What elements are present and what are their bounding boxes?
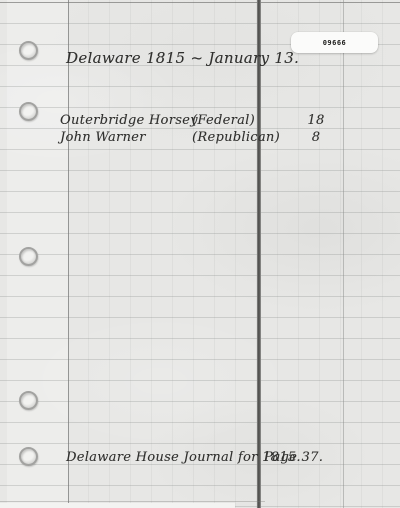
candidate-party: (Federal)	[192, 113, 255, 128]
paper-bottom-edge	[0, 503, 235, 508]
catalog-sticker: 09666	[291, 32, 378, 53]
punch-hole-icon	[19, 247, 38, 266]
citation-row: Delaware House Journal for 1815. Page 37…	[0, 450, 400, 470]
scanned-ledger-page: 09666 Delaware 1815 ~ January 13. Outerb…	[0, 0, 400, 508]
candidate-name: John Warner	[60, 130, 146, 145]
candidate-votes: 8	[299, 130, 333, 145]
candidate-name: Outerbridge Horsey	[60, 113, 198, 128]
catalog-number: 09666	[323, 39, 347, 47]
page-reference: Page 37.	[264, 450, 323, 465]
margin-rule-line	[68, 0, 69, 508]
right-column-rule-line	[343, 0, 344, 508]
candidate-votes: 18	[299, 113, 333, 128]
tally-row: John Warner (Republican) 8	[0, 130, 400, 148]
paper-bottom-edge-line	[0, 501, 265, 502]
page-heading: Delaware 1815 ~ January 13.	[66, 49, 299, 67]
heavy-column-rule-line	[257, 0, 261, 508]
paper-top-edge	[0, 2, 400, 3]
punch-hole-icon	[19, 41, 38, 60]
vertical-grid-texture	[68, 0, 400, 508]
scan-left-edge-shadow	[0, 0, 7, 508]
tally-row: Outerbridge Horsey (Federal) 18	[0, 113, 400, 131]
candidate-party: (Republican)	[192, 130, 280, 145]
punch-hole-icon	[19, 391, 38, 410]
